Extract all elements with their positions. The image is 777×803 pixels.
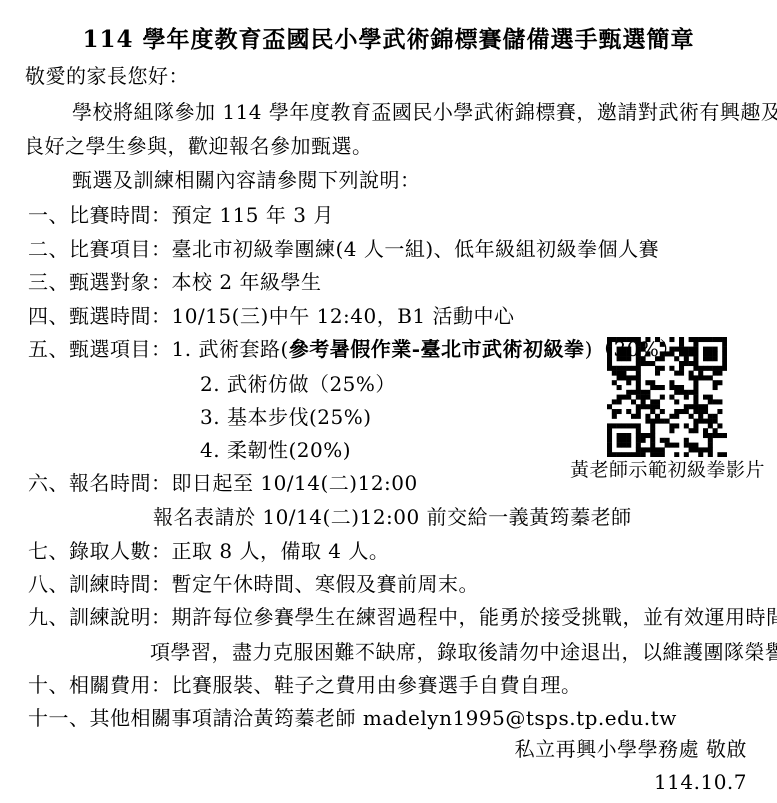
list-item-5-label: 五、甄選項目： — [28, 337, 172, 361]
list-item-2: 二、比賽項目：臺北市初級拳團練(4 人一組)、低年級組初級拳個人賽 — [28, 236, 659, 262]
list-item-10: 十、相關費用：比賽服裝、鞋子之費用由參賽選手自費自理。 — [28, 672, 582, 698]
intro-line-2: 良好之學生參與，歡迎報名參加甄選。 — [24, 133, 373, 159]
list-item-5: 五、甄選項目：1. 武術套路(參考暑假作業-臺北市武術初級拳)（30%） — [28, 336, 680, 362]
list-item-4: 四、甄選時間：10/15(三)中午 12:40，B1 活動中心 — [28, 303, 515, 329]
list-item-6-continuation: 報名表請於 10/14(二)12:00 前交給一義黃筠蓁老師 — [153, 504, 632, 530]
document-page: 114 學年度教育盃國民小學武術錦標賽儲備選手甄選簡章 敬愛的家長您好： 學校將… — [0, 0, 777, 803]
section-lead: 甄選及訓練相關內容請參閱下列說明： — [72, 167, 421, 193]
greeting-line: 敬愛的家長您好： — [25, 63, 189, 89]
footer-signature: 私立再興小學學務處 敬啟 — [515, 736, 747, 762]
list-item-7: 七、錄取人數：正取 8 人，備取 4 人。 — [28, 538, 389, 564]
list-item-5-sub1-lead: 1. 武術套路( — [172, 337, 289, 361]
list-item-5-sub2: 2. 武術仿做（25%） — [200, 371, 396, 397]
qr-caption: 黃老師示範初級拳影片 — [560, 455, 775, 482]
list-item-9: 九、訓練說明：期許每位參賽學生在練習過程中，能勇於接受挑戰，並有效運用時間兼顧各 — [28, 604, 777, 630]
intro-line-1: 學校將組隊參加 114 學年度教育盃國民小學武術錦標賽，邀請對武術有興趣及學習態… — [72, 99, 777, 125]
list-item-11: 十一、其他相關事項請洽黃筠蓁老師 madelyn1995@tsps.tp.edu… — [28, 705, 677, 731]
list-item-5-sub3: 3. 基本步伐(25%) — [200, 404, 372, 430]
list-item-5-sub4: 4. 柔韌性(20%) — [200, 437, 351, 463]
list-item-3: 三、甄選對象：本校 2 年級學生 — [28, 269, 321, 295]
list-item-8: 八、訓練時間：暫定午休時間、寒假及賽前周末。 — [28, 571, 479, 597]
list-item-6: 六、報名時間：即日起至 10/14(二)12:00 — [28, 470, 418, 496]
footer-date: 114.10.7 — [654, 769, 747, 795]
list-item-5-sub1-bold: 參考暑假作業-臺北市武術初級拳 — [289, 337, 585, 361]
list-item-9-continuation: 項學習，盡力克服困難不缺席，錄取後請勿中途退出，以維護團隊榮譽。 — [150, 639, 777, 665]
qr-code — [607, 337, 727, 457]
list-item-1: 一、比賽時間：預定 115 年 3 月 — [28, 202, 334, 228]
document-title: 114 學年度教育盃國民小學武術錦標賽儲備選手甄選簡章 — [0, 21, 777, 54]
